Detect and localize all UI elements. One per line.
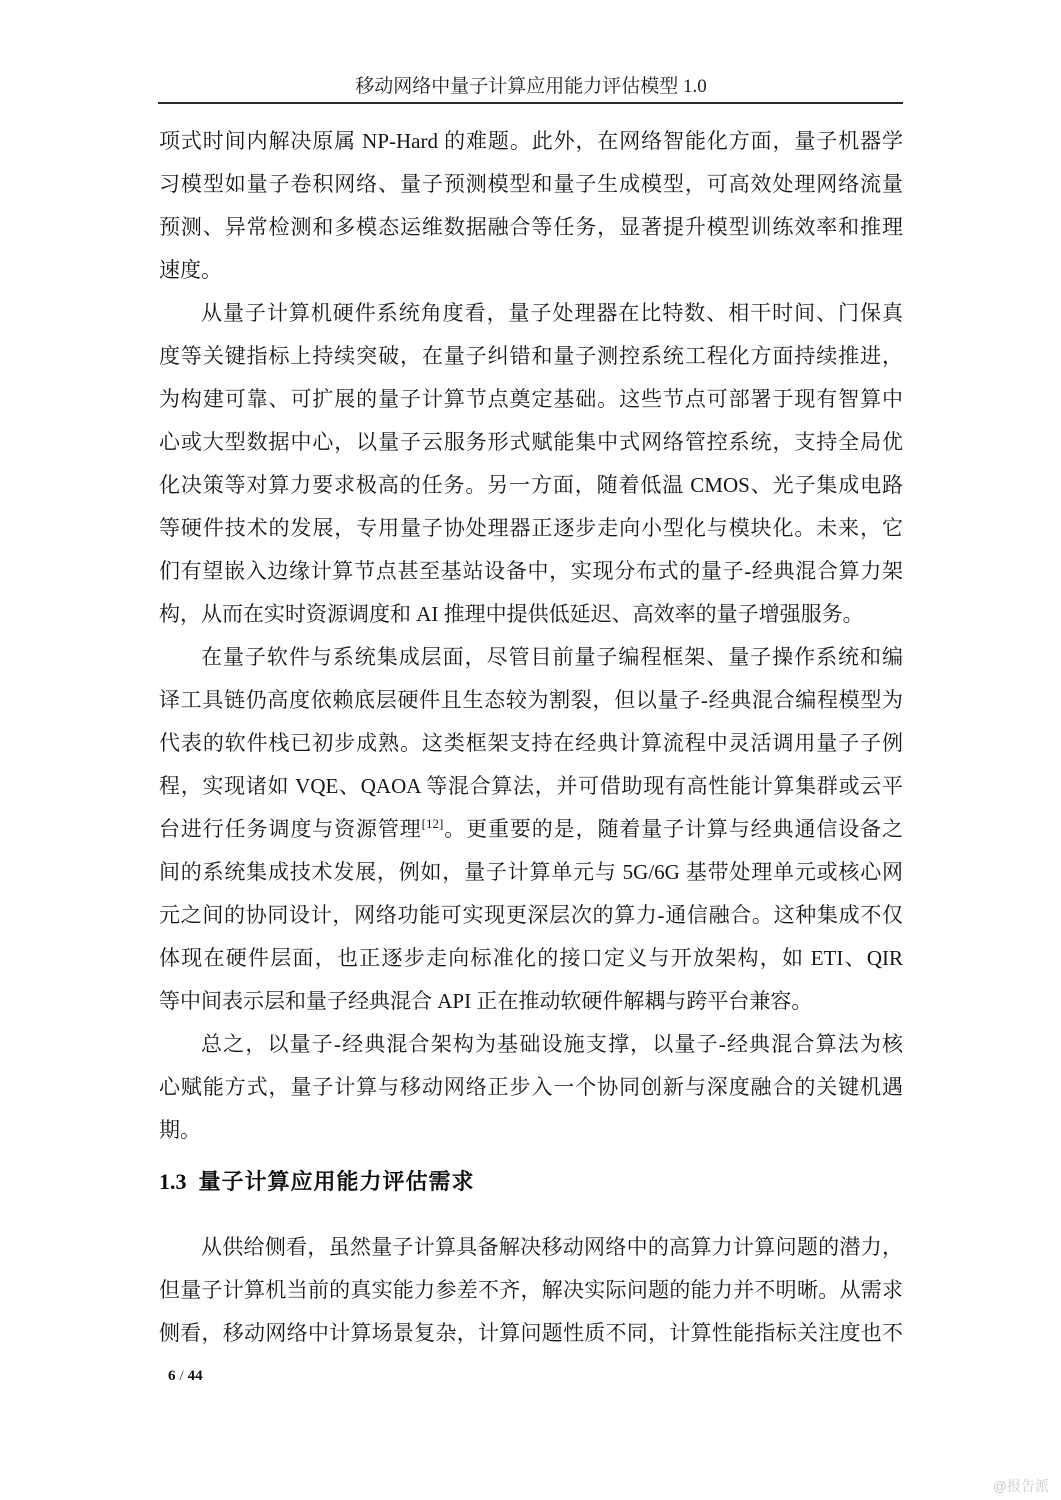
total-page-count: 44 — [188, 1368, 203, 1384]
paragraph: 从量子计算机硬件系统角度看，量子处理器在比特数、相干时间、门保真 度等关键指标上… — [159, 292, 903, 636]
text-line-with-citation: 台进行任务调度与资源管理[12]。更重要的是，随着量子计算与经典通信设备之 — [159, 808, 903, 851]
text-line: 构，从而在实时资源调度和 AI 推理中提供低延迟、高效率的量子增强服务。 — [159, 593, 903, 636]
watermark: @报告派 — [993, 1476, 1049, 1496]
text-line: 代表的软件栈已初步成熟。这类框架支持在经典计算流程中灵活调用量子子例 — [159, 722, 903, 765]
text-line: 程，实现诸如 VQE、QAOA 等混合算法，并可借助现有高性能计算集群或云平 — [159, 765, 903, 808]
document-body: 项式时间内解决原属 NP-Hard 的难题。此外，在网络智能化方面，量子机器学 … — [159, 120, 903, 1355]
paragraph: 项式时间内解决原属 NP-Hard 的难题。此外，在网络智能化方面，量子机器学 … — [159, 120, 903, 292]
text-line: 习模型如量子卷积网络、量子预测模型和量子生成模型，可高效处理网络流量 — [159, 163, 903, 206]
section-heading: 1.3量子计算应用能力评估需求 — [159, 1164, 903, 1200]
text-line: 从供给侧看，虽然量子计算具备解决移动网络中的高算力计算问题的潜力， — [159, 1226, 903, 1269]
paragraph: 从供给侧看，虽然量子计算具备解决移动网络中的高算力计算问题的潜力， 但量子计算机… — [159, 1226, 903, 1355]
page-number-separator: / — [176, 1368, 188, 1384]
text-line: 但量子计算机当前的真实能力参差不齐，解决实际问题的能力并不明晰。从需求 — [159, 1269, 903, 1312]
text-line: 们有望嵌入边缘计算节点甚至基站设备中，实现分布式的量子-经典混合算力架 — [159, 550, 903, 593]
text-line: 侧看，移动网络中计算场景复杂，计算问题性质不同，计算性能指标关注度也不 — [159, 1312, 903, 1355]
text-segment: 台进行任务调度与资源管理 — [159, 817, 422, 841]
section-number: 1.3 — [159, 1169, 187, 1194]
text-line: 速度。 — [159, 249, 903, 292]
text-line: 从量子计算机硬件系统角度看，量子处理器在比特数、相干时间、门保真 — [159, 292, 903, 335]
text-line: 等硬件技术的发展，专用量子协处理器正逐步走向小型化与模块化。未来，它 — [159, 507, 903, 550]
paragraph: 在量子软件与系统集成层面，尽管目前量子编程框架、量子操作系统和编 译工具链仍高度… — [159, 636, 903, 1023]
header-divider-line — [158, 102, 903, 104]
document-page: 移动网络中量子计算应用能力评估模型 1.0 项式时间内解决原属 NP-Hard … — [0, 0, 1061, 1500]
text-line: 期。 — [159, 1109, 903, 1152]
page-number-footer: 6/44 — [168, 1368, 203, 1385]
paragraph: 总之，以量子-经典混合架构为基础设施支撑，以量子-经典混合算法为核 心赋能方式，… — [159, 1023, 903, 1152]
text-line: 度等关键指标上持续突破，在量子纠错和量子测控系统工程化方面持续推进， — [159, 335, 903, 378]
text-line: 为构建可靠、可扩展的量子计算节点奠定基础。这些节点可部署于现有智算中 — [159, 378, 903, 421]
page-header-title: 移动网络中量子计算应用能力评估模型 1.0 — [159, 75, 903, 99]
text-line: 体现在硬件层面，也正逐步走向标准化的接口定义与开放架构，如 ETI、QIR — [159, 937, 903, 980]
text-line: 化决策等对算力要求极高的任务。另一方面，随着低温 CMOS、光子集成电路 — [159, 464, 903, 507]
text-line: 心或大型数据中心，以量子云服务形式赋能集中式网络管控系统，支持全局优 — [159, 421, 903, 464]
text-line: 心赋能方式，量子计算与移动网络正步入一个协同创新与深度融合的关键机遇 — [159, 1066, 903, 1109]
citation-reference: [12] — [422, 816, 444, 831]
text-line: 总之，以量子-经典混合架构为基础设施支撑，以量子-经典混合算法为核 — [159, 1023, 903, 1066]
text-line: 预测、异常检测和多模态运维数据融合等任务，显著提升模型训练效率和推理 — [159, 206, 903, 249]
current-page-number: 6 — [168, 1368, 176, 1384]
text-line: 在量子软件与系统集成层面，尽管目前量子编程框架、量子操作系统和编 — [159, 636, 903, 679]
text-segment: 。更重要的是，随着量子计算与经典通信设备之 — [443, 817, 903, 841]
text-line: 元之间的协同设计，网络功能可实现更深层次的算力-通信融合。这种集成不仅 — [159, 894, 903, 937]
text-line: 译工具链仍高度依赖底层硬件且生态较为割裂，但以量子-经典混合编程模型为 — [159, 679, 903, 722]
text-line: 间的系统集成技术发展，例如，量子计算单元与 5G/6G 基带处理单元或核心网 — [159, 851, 903, 894]
section-title: 量子计算应用能力评估需求 — [199, 1169, 475, 1194]
text-line: 等中间表示层和量子经典混合 API 正在推动软硬件解耦与跨平台兼容。 — [159, 980, 903, 1023]
text-line: 项式时间内解决原属 NP-Hard 的难题。此外，在网络智能化方面，量子机器学 — [159, 120, 903, 163]
